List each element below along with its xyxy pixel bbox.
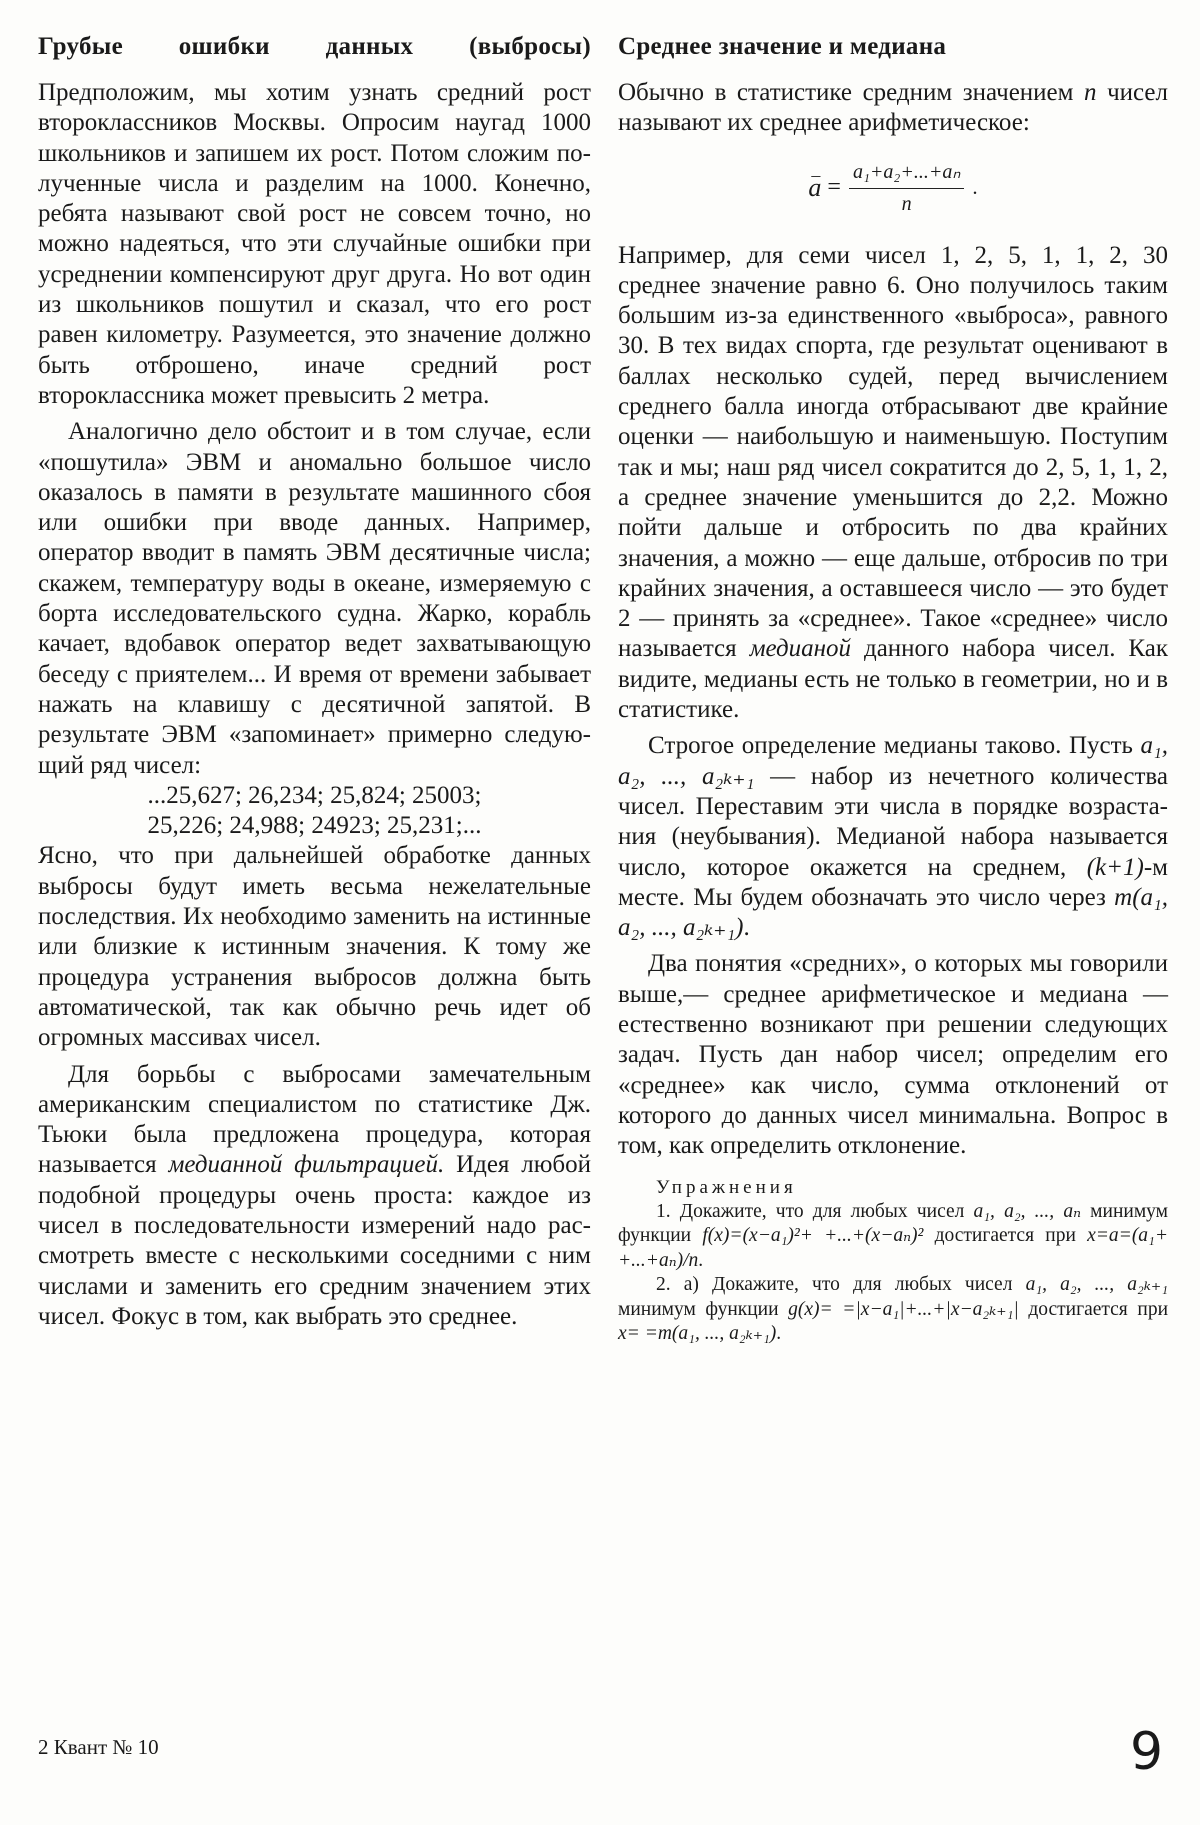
- paragraph-median-definition: Строгое определение медианы та­ково. Пус…: [618, 731, 1168, 943]
- paragraph-two-means: Два понятия «средних», о кото­рых мы гов…: [618, 949, 1168, 1161]
- paragraph-tukey-median-filter: Для борьбы с выбросами замеча­тельным ам…: [38, 1060, 591, 1333]
- exercise-2a: 2. а) Докажите, что для любых чисел a₁, …: [618, 1273, 1168, 1347]
- paragraph-example-outlier: Например, для семи чисел 1, 2, 5, 1, 1, …: [618, 241, 1168, 726]
- formula-lhs: –a: [808, 173, 821, 203]
- paragraph-consequences: Ясно, что при дальнейшей обработке данны…: [38, 841, 591, 1053]
- math-sequence: a₁, a₂, ..., a₂ₖ₊₁: [1026, 1274, 1168, 1295]
- mean-formula: –a = a₁+a₂+...+aₙ n .: [618, 145, 1168, 231]
- issue-label: 2 Квант № 10: [38, 1735, 159, 1760]
- formula-equals: =: [827, 174, 841, 201]
- number-series-line-1: ...25,627; 26,234; 25,824; 25003;: [38, 781, 591, 811]
- math-function-f: f(x)=(x−a₁)²+ +...+(x−aₙ)²: [702, 1225, 923, 1246]
- math-sequence: a₁, a₂, ..., aₙ: [974, 1201, 1081, 1222]
- math-position: (k+1): [1087, 854, 1144, 881]
- left-column: Грубые ошибки данных (выбросы) Предполож…: [38, 30, 591, 1332]
- text-fragment: Например, для семи чисел 1, 2, 5, 1, 1, …: [618, 242, 1168, 663]
- right-column: Среднее значение и медиана Обычно в стат…: [618, 30, 1168, 1347]
- text-fragment: .: [776, 1323, 781, 1344]
- text-fragment: достигается при: [923, 1225, 1087, 1246]
- number-series-line-2: 25,226; 24,988; 24923; 25,231;...: [38, 811, 591, 841]
- math-variable-n: n: [1084, 79, 1097, 106]
- exercise-1: 1. Докажите, что для любых чисел a₁, a₂,…: [618, 1200, 1168, 1274]
- term-median-filtering: медианной фильтрацией.: [168, 1151, 444, 1178]
- text-fragment: достигается при: [1019, 1299, 1168, 1320]
- exercises-section: Упражнения 1. Докажите, что для любых чи…: [618, 1176, 1168, 1347]
- formula-period: .: [972, 175, 977, 200]
- text-fragment: 1. Докажите, что для любых чисел: [656, 1201, 974, 1222]
- text-fragment: Обычно в статистике средним зна­чением: [618, 79, 1084, 106]
- paragraph-arithmetic-mean-intro: Обычно в статистике средним зна­чением n…: [618, 78, 1168, 139]
- exercises-title: Упражнения: [618, 1176, 1168, 1200]
- text-fragment: Строгое определение медианы та­ково. Пус…: [648, 732, 1141, 759]
- paragraph-computer-error: Аналогично дело обстоит и в том случае, …: [38, 417, 591, 781]
- formula-numerator: a₁+a₂+...+aₙ: [849, 159, 964, 189]
- overline-mark: –: [811, 165, 820, 186]
- section-heading-outliers: Грубые ошибки данных (выбросы): [38, 30, 591, 64]
- formula-denominator: n: [902, 189, 912, 216]
- section-heading-mean-median: Среднее значение и медиана: [618, 30, 1168, 64]
- text-fragment: 2. а) Докажите, что для любых чисел: [656, 1274, 1026, 1295]
- number-series: ...25,627; 26,234; 25,824; 25003; 25,226…: [38, 781, 591, 842]
- text-fragment: .: [698, 1250, 703, 1271]
- term-median: медианой: [750, 635, 851, 662]
- math-argmin: x= =m(a₁, ..., a₂ₖ₊₁): [618, 1323, 776, 1344]
- text-fragment: минимум функции: [618, 1299, 788, 1320]
- page-number: 9: [1130, 1722, 1163, 1782]
- paragraph-schoolchildren-height: Предположим, мы хотим узнать сред­ний ро…: [38, 78, 591, 411]
- text-fragment: .: [743, 914, 749, 941]
- formula-fraction: a₁+a₂+...+aₙ n: [849, 159, 964, 216]
- math-function-g: g(x)= =|x−a₁|+...+|x−a₂ₖ₊₁|: [788, 1299, 1019, 1320]
